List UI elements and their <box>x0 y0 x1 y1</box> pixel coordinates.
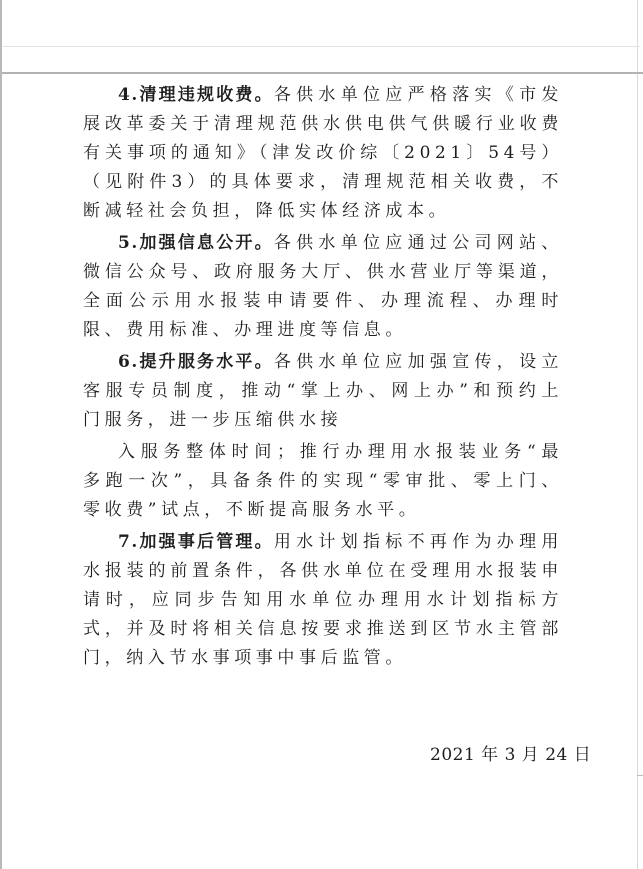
page-break-rule <box>2 72 643 74</box>
document-date: 2021 年 3 月 24 日 <box>430 742 591 768</box>
page-right-edge-tick <box>637 775 643 776</box>
page-break-rule-faint <box>3 46 640 47</box>
paragraph-heading: 4.清理违规收费。 <box>118 85 274 105</box>
paragraph-7-post-event-management: 7.加强事后管理。用水计划指标不再作为办理用水报装的前置条件，各供水单位在受理用… <box>83 528 563 673</box>
paragraph-text: 各供水单位应严格落实《市发展改革委关于清理规范供水供电供气供暖行业收费有关事项的… <box>83 85 563 221</box>
paragraph-heading: 5.加强信息公开。 <box>118 233 274 253</box>
paragraph-heading: 6.提升服务水平。 <box>118 352 274 372</box>
paragraph-text: 用水计划指标不再作为办理用水报装的前置条件，各供水单位在受理用水报装申请时，应同… <box>83 532 563 668</box>
paragraph-text: 入服务整体时间；推行办理用水报装业务“最多跑一次”，具备条件的实现“零审批、零上… <box>83 442 563 520</box>
document-body: 4.清理违规收费。各供水单位应严格落实《市发展改革委关于清理规范供水供电供气供暖… <box>83 81 563 676</box>
page-left-edge <box>0 0 2 869</box>
paragraph-heading: 7.加强事后管理。 <box>118 532 274 552</box>
paragraph-4-clear-illegal-fees: 4.清理违规收费。各供水单位应严格落实《市发展改革委关于清理规范供水供电供气供暖… <box>83 81 563 226</box>
paragraph-6-service-level: 6.提升服务水平。各供水单位应加强宣传，设立客服专员制度，推动“掌上办、网上办”… <box>83 348 563 435</box>
paragraph-5-information-disclosure: 5.加强信息公开。各供水单位应通过公司网站、微信公众号、政府服务大厅、供水营业厅… <box>83 229 563 345</box>
page-right-edge <box>637 0 638 869</box>
paragraph-6-continuation: 入服务整体时间；推行办理用水报装业务“最多跑一次”，具备条件的实现“零审批、零上… <box>83 438 563 525</box>
